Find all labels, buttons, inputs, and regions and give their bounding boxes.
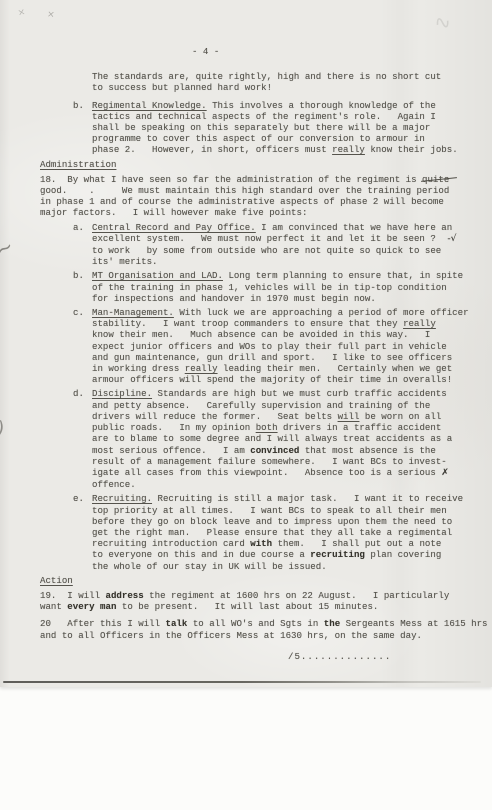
- typed-line: in working dress really leading their me…: [92, 363, 488, 374]
- text-segment: really: [403, 318, 436, 329]
- text-segment: top priority at all times. I want BCs to…: [92, 505, 447, 516]
- text-segment: 19. I will: [40, 590, 106, 601]
- text-segment: Standards are high but we must curb traf…: [152, 388, 447, 399]
- text-segment: programme to cover this aspect of our co…: [92, 133, 425, 144]
- item-label: a.: [73, 222, 92, 268]
- typed-line: offence.: [92, 479, 488, 490]
- text-segment: really: [332, 144, 365, 155]
- pencil-tick-2: ×: [47, 11, 55, 21]
- text-segment: both: [256, 422, 278, 433]
- typed-line: to success but planned hard work!: [92, 82, 488, 93]
- typed-line: excellent system. We must now perfect it…: [92, 233, 488, 245]
- text-segment: result of a management failure somewhere…: [92, 456, 447, 467]
- text-segment: public roads. In my opinion: [92, 422, 256, 433]
- text-segment: Recruiting is still a major task. I want…: [152, 493, 463, 504]
- text-segment: Sergeants Mess at 1615 hrs: [340, 618, 487, 629]
- item-text: Regimental Knowledge. This involves a th…: [92, 100, 488, 156]
- text-segment: Central Record and Pay Office.: [92, 222, 256, 233]
- text-segment: the: [324, 618, 340, 629]
- text-segment: be worn on all: [359, 411, 441, 422]
- text-segment: leading their men. Certainly when we get: [218, 363, 453, 374]
- typed-line: of the training in phase 1, vehicles wil…: [92, 282, 488, 293]
- typed-line: phase 2. However, in short, officers mus…: [92, 144, 488, 155]
- text-segment: armour officers will spend the majority …: [92, 374, 452, 385]
- typed-line: Recruiting. Recruiting is still a major …: [92, 493, 488, 504]
- typed-line: MT Organisation and LAD. Long term plann…: [92, 270, 488, 281]
- text-segment: them. I shall put out a note: [272, 538, 441, 549]
- section-heading: Administration: [40, 159, 488, 170]
- text-segment: tactics and technical aspects of the reg…: [92, 111, 436, 122]
- item-label: b.: [73, 100, 92, 156]
- text-segment: MT Organisation and LAD.: [92, 270, 223, 281]
- text-segment: to all WO's and Sgts in: [187, 618, 323, 629]
- typed-line: good. . We must maintain this high stand…: [40, 185, 488, 196]
- text-segment: igate all cases from this viewpoint. Abs…: [92, 467, 441, 478]
- text-segment: in working dress: [92, 363, 185, 374]
- typed-line: major factors. I will however make five …: [40, 207, 488, 218]
- text-segment: good. . We must maintain this high stand…: [40, 185, 449, 196]
- typed-line: get the right man. Please ensure that th…: [92, 527, 488, 538]
- text-segment: know their men. Much absence can be avoi…: [92, 329, 430, 340]
- item-label: b.: [73, 270, 92, 304]
- handwritten-mark: -√: [436, 234, 457, 244]
- text-segment: The standards are, quite rightly, high a…: [92, 71, 441, 82]
- text-segment: address: [106, 590, 144, 601]
- item-label: c.: [73, 307, 92, 385]
- text-segment: and to all Officers in the Officers Mess…: [40, 630, 422, 641]
- typed-line: The standards are, quite rightly, high a…: [92, 71, 488, 82]
- list-item: a.Central Record and Pay Office. I am co…: [73, 222, 488, 268]
- text-segment: are to blame to some degree and I will a…: [92, 433, 452, 444]
- typed-line: igate all cases from this viewpoint. Abs…: [92, 467, 488, 479]
- text-segment: and gun maintenance, gun drill and sport…: [92, 352, 452, 363]
- text-segment: of the training in phase 1, vehicles wil…: [92, 282, 447, 293]
- typed-line: and petty absence. Carefully supervision…: [92, 400, 488, 411]
- left-edge-pen-stroke-lower: ): [0, 420, 5, 439]
- text-segment: plan covering: [365, 549, 441, 560]
- typed-line: for inspections and handover in 1970 mus…: [92, 293, 488, 304]
- text-segment: This involves a thorough knowledge of th…: [207, 100, 436, 111]
- text-segment: Man-Management.: [92, 307, 174, 318]
- typed-line: top priority at all times. I want BCs to…: [92, 505, 488, 516]
- typed-line: 19. I will address the regiment at 1600 …: [40, 590, 488, 601]
- text-segment: Administration: [40, 159, 116, 170]
- text-segment: stability. I want troop commanders to en…: [92, 318, 403, 329]
- typed-line: expect junior officers and WOs to play t…: [92, 341, 488, 352]
- typed-line: Man-Management. With luck we are approac…: [92, 307, 488, 318]
- left-edge-pen-stroke-upper: ~: [0, 235, 16, 261]
- text-segment: every man: [67, 601, 116, 612]
- document-content: - 4 -The standards are, quite rightly, h…: [40, 46, 488, 662]
- text-segment: recruiting introduction card: [92, 538, 250, 549]
- text-segment: will: [338, 411, 360, 422]
- paragraph: 19. I will address the regiment at 1600 …: [40, 590, 488, 612]
- text-segment: really: [185, 363, 218, 374]
- text-segment: with: [250, 538, 272, 549]
- text-segment: and petty absence. Carefully supervision…: [92, 400, 430, 411]
- text-segment: phase 2. However, in short, officers mus…: [92, 144, 332, 155]
- typed-line: shall be speaking on this separately but…: [92, 122, 488, 133]
- typed-line: in phase 1 and of course the administrat…: [40, 196, 488, 207]
- paragraph: 18. By what I have seen so far the admin…: [40, 174, 488, 219]
- typed-line: before they go on block leave and to imp…: [92, 516, 488, 527]
- list-item: e.Recruiting. Recruiting is still a majo…: [73, 493, 488, 571]
- handwritten-mark: ✗: [441, 468, 449, 478]
- text-segment: in phase 1 and of course the administrat…: [40, 196, 444, 207]
- typed-line: its' merits.: [92, 256, 488, 267]
- typed-line: Discipline. Standards are high but we mu…: [92, 388, 488, 399]
- text-segment: Action: [40, 575, 73, 586]
- text-segment: shall be speaking on this separately but…: [92, 122, 430, 133]
- text-segment: With luck we are approaching a period of…: [174, 307, 469, 318]
- typed-line: stability. I want troop commanders to en…: [92, 318, 488, 329]
- text-segment: major factors. I will however make five …: [40, 207, 307, 218]
- text-segment: Discipline.: [92, 388, 152, 399]
- text-segment: Long term planning to ensure that, in sp…: [223, 270, 463, 281]
- text-segment: before they go on block leave and to imp…: [92, 516, 452, 527]
- item-text: Recruiting. Recruiting is still a major …: [92, 493, 488, 571]
- text-segment: I am convinced that we have here an: [256, 222, 452, 233]
- typed-line: Central Record and Pay Office. I am conv…: [92, 222, 488, 233]
- typed-line: result of a management failure somewhere…: [92, 456, 488, 467]
- typed-line: the whole of our stay in UK will be issu…: [92, 561, 488, 572]
- text-segment: /5..............: [288, 651, 391, 662]
- item-text: MT Organisation and LAD. Long term plann…: [92, 270, 488, 304]
- document-page: - 4 -The standards are, quite rightly, h…: [0, 0, 492, 687]
- item-label: d.: [73, 388, 92, 490]
- typed-line: know their men. Much absence can be avoi…: [92, 329, 488, 340]
- text-segment: talk: [166, 618, 188, 629]
- list-item: b.Regimental Knowledge. This involves a …: [73, 100, 488, 156]
- text-segment: Recruiting.: [92, 493, 152, 504]
- text-segment: offence.: [92, 479, 136, 490]
- typed-line: to everyone on this and in due course a …: [92, 549, 488, 560]
- text-segment: 20 After this I will: [40, 618, 166, 629]
- text-segment: to work by some from outside who are not…: [92, 245, 441, 256]
- text-segment: drivers in a traffic accident: [278, 422, 442, 433]
- text-segment: want: [40, 601, 67, 612]
- item-text: Central Record and Pay Office. I am conv…: [92, 222, 488, 268]
- typed-line: most serious offence. I am convinced tha…: [92, 445, 488, 456]
- typed-line: recruiting introduction card with them. …: [92, 538, 488, 549]
- text-segment: its' merits.: [92, 256, 158, 267]
- typed-line: to work by some from outside who are not…: [92, 245, 488, 256]
- text-segment: Regimental Knowledge.: [92, 100, 207, 111]
- typed-line: drivers will reduce the former. Seat bel…: [92, 411, 488, 422]
- typed-line: programme to cover this aspect of our co…: [92, 133, 488, 144]
- text-segment: get the right man. Please ensure that th…: [92, 527, 452, 538]
- text-segment: 18. By what I have seen so far the admin…: [40, 174, 422, 185]
- page-bottom-edge: [3, 681, 481, 683]
- typed-line: 20 After this I will talk to all WO's an…: [40, 618, 488, 629]
- typed-line: armour officers will spend the majority …: [92, 374, 488, 385]
- text-segment: recruiting: [310, 549, 365, 560]
- text-segment: convinced: [250, 445, 299, 456]
- text-segment: to be present. It will last about 15 min…: [116, 601, 378, 612]
- list-item: b.MT Organisation and LAD. Long term pla…: [73, 270, 488, 304]
- text-segment: the whole of our stay in UK will be issu…: [92, 561, 327, 572]
- top-right-pencil-smudge: ∿: [432, 10, 453, 33]
- text-segment: drivers will reduce the former. Seat bel…: [92, 411, 338, 422]
- typed-line: and to all Officers in the Officers Mess…: [40, 630, 488, 641]
- typed-line: are to blame to some degree and I will a…: [92, 433, 488, 444]
- text-segment: for inspections and handover in 1970 mus…: [92, 293, 376, 304]
- typed-line: want every man to be present. It will la…: [40, 601, 488, 612]
- text-segment: that most absence is the: [299, 445, 435, 456]
- text-segment: most serious offence. I am: [92, 445, 250, 456]
- text-segment: - 4 -: [192, 46, 219, 57]
- text-segment: to everyone on this and in due course a: [92, 549, 310, 560]
- text-segment: excellent system. We must now perfect it…: [92, 233, 436, 244]
- text-segment: know their jobs.: [365, 144, 458, 155]
- typed-line: and gun maintenance, gun drill and sport…: [92, 352, 488, 363]
- paragraph: 20 After this I will talk to all WO's an…: [40, 618, 488, 640]
- text-segment: expect junior officers and WOs to play t…: [92, 341, 447, 352]
- text-segment: to success but planned hard work!: [92, 82, 272, 93]
- pencil-tick-1: ×: [17, 8, 26, 18]
- item-label: e.: [73, 493, 92, 571]
- typed-line: tactics and technical aspects of the reg…: [92, 111, 488, 122]
- typed-line: 18. By what I have seen so far the admin…: [40, 174, 488, 185]
- page-number: - 4 -: [192, 46, 488, 57]
- text-segment: quite: [422, 174, 449, 185]
- typed-line: public roads. In my opinion both drivers…: [92, 422, 488, 433]
- list-item: d.Discipline. Standards are high but we …: [73, 388, 488, 490]
- item-text: Man-Management. With luck we are approac…: [92, 307, 488, 385]
- paragraph: The standards are, quite rightly, high a…: [92, 71, 488, 93]
- text-segment: the regiment at 1600 hrs on 22 August. I…: [144, 590, 450, 601]
- list-item: c.Man-Management. With luck we are appro…: [73, 307, 488, 385]
- continuation-marker: /5..............: [288, 651, 488, 662]
- item-text: Discipline. Standards are high but we mu…: [92, 388, 488, 490]
- typed-line: Regimental Knowledge. This involves a th…: [92, 100, 488, 111]
- section-heading: Action: [40, 575, 488, 586]
